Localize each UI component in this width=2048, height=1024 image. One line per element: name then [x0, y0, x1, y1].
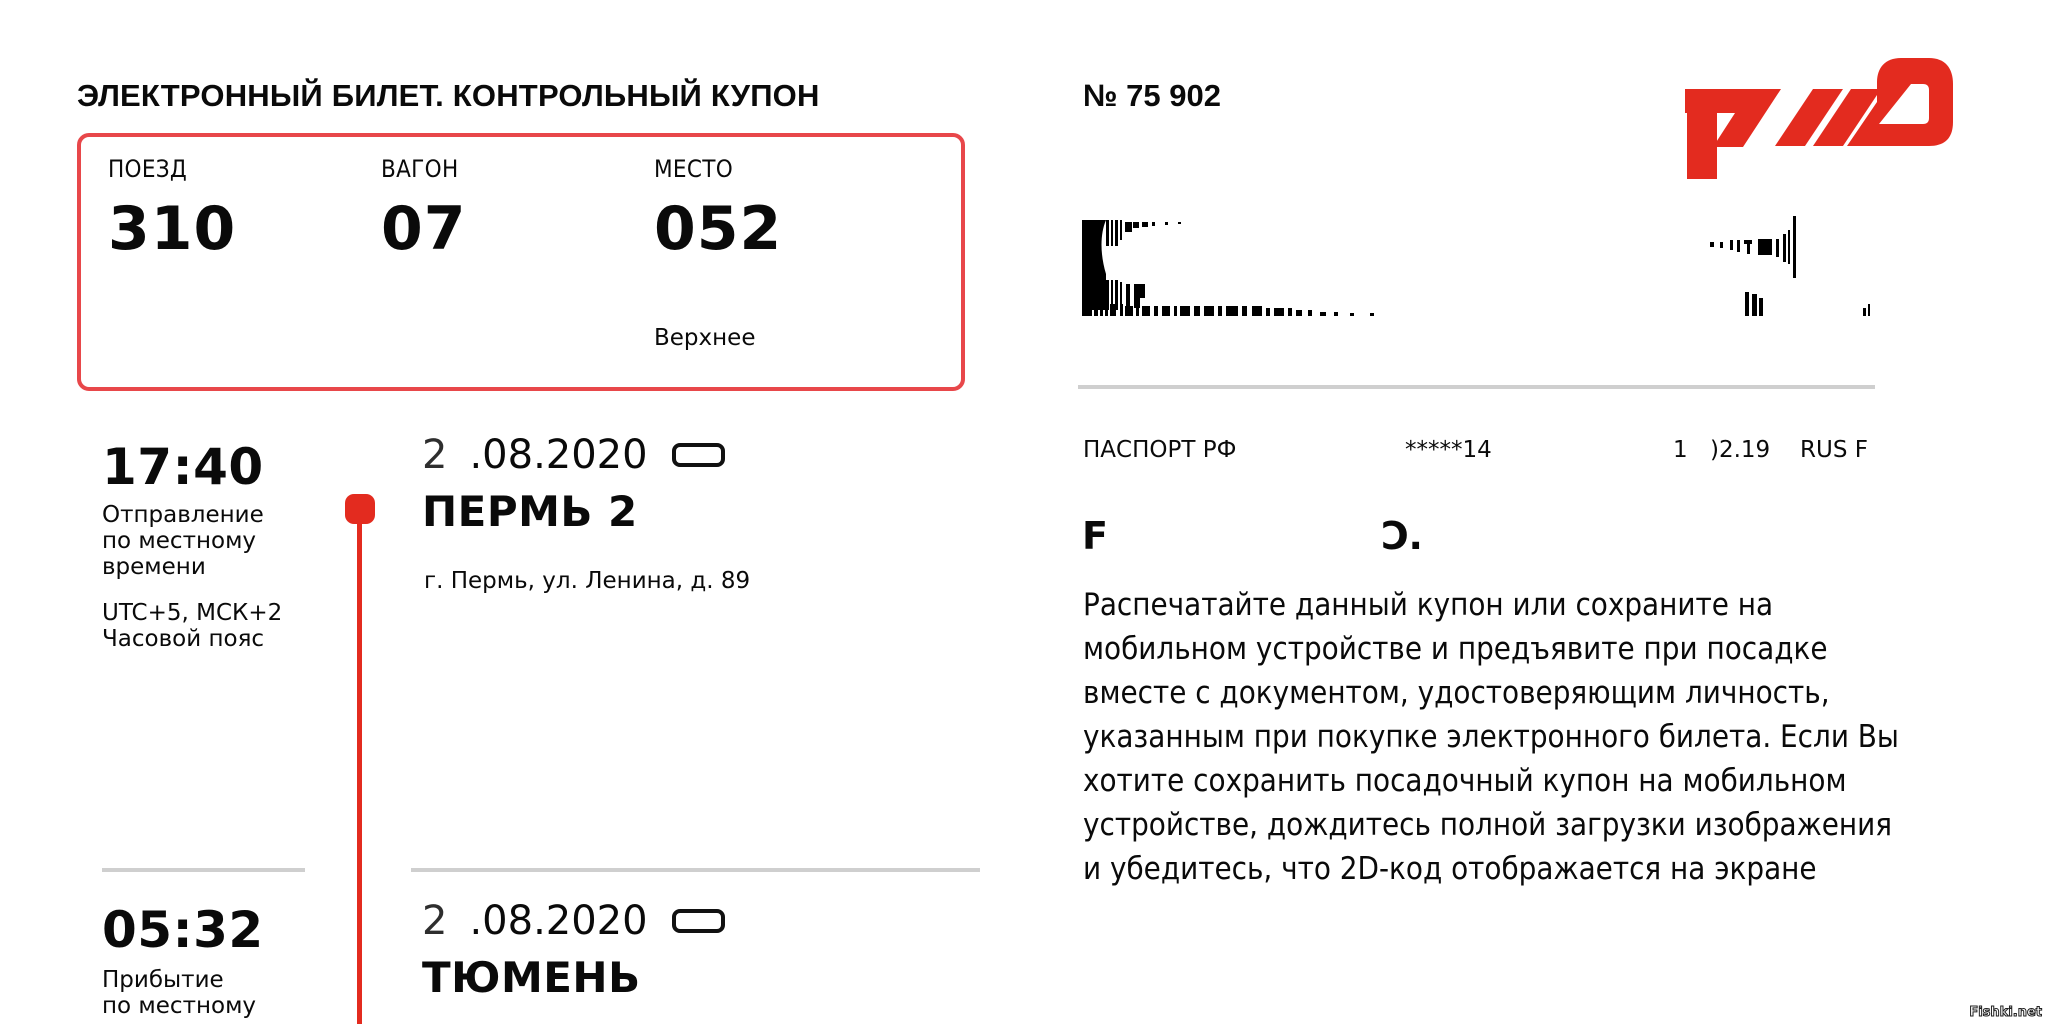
departure-time-note: Отправление по местному времени	[102, 502, 264, 580]
route-timeline-line	[357, 500, 362, 1024]
departure-station: ПЕРМЬ 2	[422, 487, 638, 536]
separator	[1078, 385, 1875, 389]
arrival-date-text: .08.2020	[469, 898, 647, 944]
departure-date-prefix: 2	[422, 432, 447, 478]
arrival-time-note: Прибытие по местному	[102, 967, 256, 1019]
citizenship-gender: RUS F	[1800, 437, 1868, 463]
timezone-label: Часовой пояс	[102, 626, 282, 652]
weekday-badge-icon	[672, 909, 725, 933]
train-column: ПОЕЗД 310	[108, 155, 236, 259]
document-number: *****14	[1405, 437, 1492, 463]
departure-marker-icon	[345, 494, 375, 524]
arrival-date-prefix: 2	[422, 898, 447, 944]
document-title: ЭЛЕКТРОННЫЙ БИЛЕТ. КОНТРОЛЬНЫЙ КУПОН	[77, 78, 820, 114]
arrival-date: 2 .08.2020	[422, 898, 725, 944]
passenger-name-fragment: F	[1082, 514, 1108, 558]
seat-label: МЕСТО	[654, 155, 782, 183]
arrival-note-line: по местному	[102, 993, 256, 1019]
separator	[411, 868, 980, 872]
boarding-instructions: Распечатайте данный купон или сохраните …	[1083, 583, 1903, 891]
departure-date: 2 .08.2020	[422, 432, 725, 478]
car-label: ВАГОН	[381, 155, 467, 183]
rzd-logo-icon	[1683, 56, 1955, 180]
departure-note-line: времени	[102, 554, 264, 580]
separator	[102, 868, 305, 872]
departure-date-text: .08.2020	[469, 432, 647, 478]
birth-date-fragment: )2.19	[1710, 437, 1770, 463]
ticket-number: № 75 902	[1083, 78, 1221, 114]
arrival-note-line: Прибытие	[102, 967, 256, 993]
departure-address: г. Пермь, ул. Ленина, д. 89	[424, 568, 750, 594]
seat-number: 052	[654, 199, 782, 259]
arrival-station: ТЮМЕНЬ	[422, 953, 641, 1002]
seat-column: МЕСТО 052 Верхнее	[654, 155, 782, 259]
departure-note-line: Отправление	[102, 502, 264, 528]
train-label: ПОЕЗД	[108, 155, 236, 183]
weekday-badge-icon	[672, 443, 725, 467]
departure-note-line: по местному	[102, 528, 264, 554]
departure-time: 17:40	[102, 442, 264, 492]
car-column: ВАГОН 07	[381, 155, 467, 259]
train-car-seat-box: ПОЕЗД 310 ВАГОН 07 МЕСТО 052 Верхнее	[77, 133, 965, 391]
departure-timezone-block: UTC+5, МСК+2 Часовой пояс	[102, 600, 282, 652]
watermark: Fishki.net	[1969, 1005, 2042, 1020]
document-type: ПАСПОРТ РФ	[1083, 437, 1236, 463]
barcode-2d-icon	[1080, 212, 1875, 382]
car-number: 07	[381, 199, 467, 259]
seat-type: Верхнее	[654, 325, 755, 351]
birth-date-fragment: 1	[1673, 437, 1688, 463]
departure-timezone: UTC+5, МСК+2	[102, 600, 282, 626]
arrival-time: 05:32	[102, 905, 264, 955]
passenger-name-fragment: Ͻ.	[1382, 514, 1423, 558]
train-number: 310	[108, 199, 236, 259]
